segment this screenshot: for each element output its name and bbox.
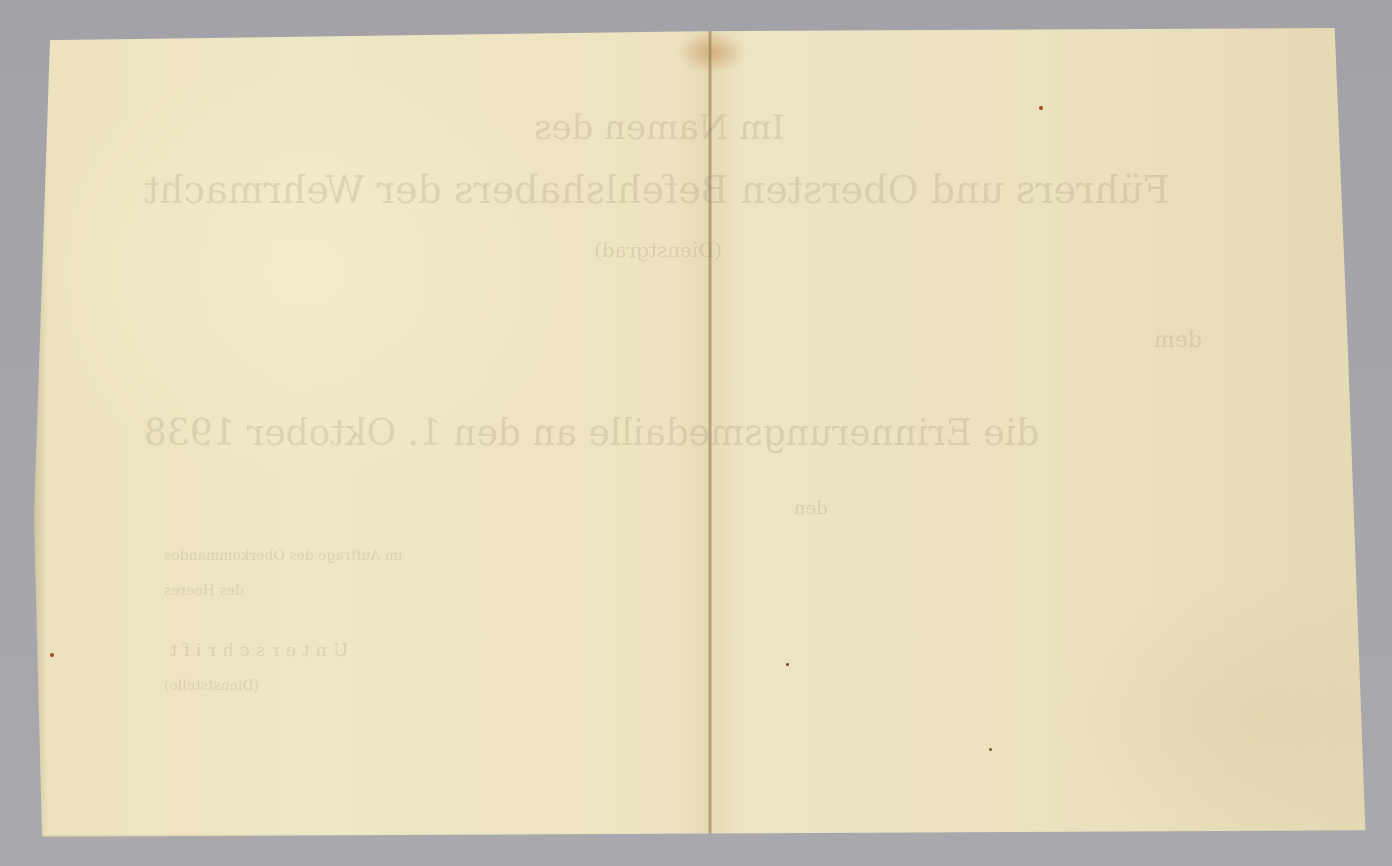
bleed-text-line: Führers und Obersten Befehlshabers der W… [144, 168, 1170, 212]
bleed-text-line: dem [1154, 328, 1202, 353]
bleed-text-line: Unterschrift [164, 640, 348, 661]
bleed-text-line: des Heeres [164, 583, 244, 599]
bleed-text-line: (Dienstgrad) [594, 238, 722, 262]
foxing-spot [50, 653, 54, 657]
bleed-text-line: Im Namen des [534, 108, 785, 148]
foxing-spot [786, 663, 789, 666]
foxing-spot [1039, 106, 1043, 110]
document-paper: Im Namen des Führers und Obersten Befehl… [34, 28, 1368, 840]
bleed-text-line: den [794, 498, 828, 519]
bleed-text-line: (Dienststelle) [164, 678, 259, 694]
foxing-spot [989, 748, 992, 751]
bleed-text-line: die Erinnerungsmedaille an den 1. Oktobe… [144, 413, 1039, 454]
bleed-text-line: im Auftrage des Oberkommandos [164, 548, 403, 564]
